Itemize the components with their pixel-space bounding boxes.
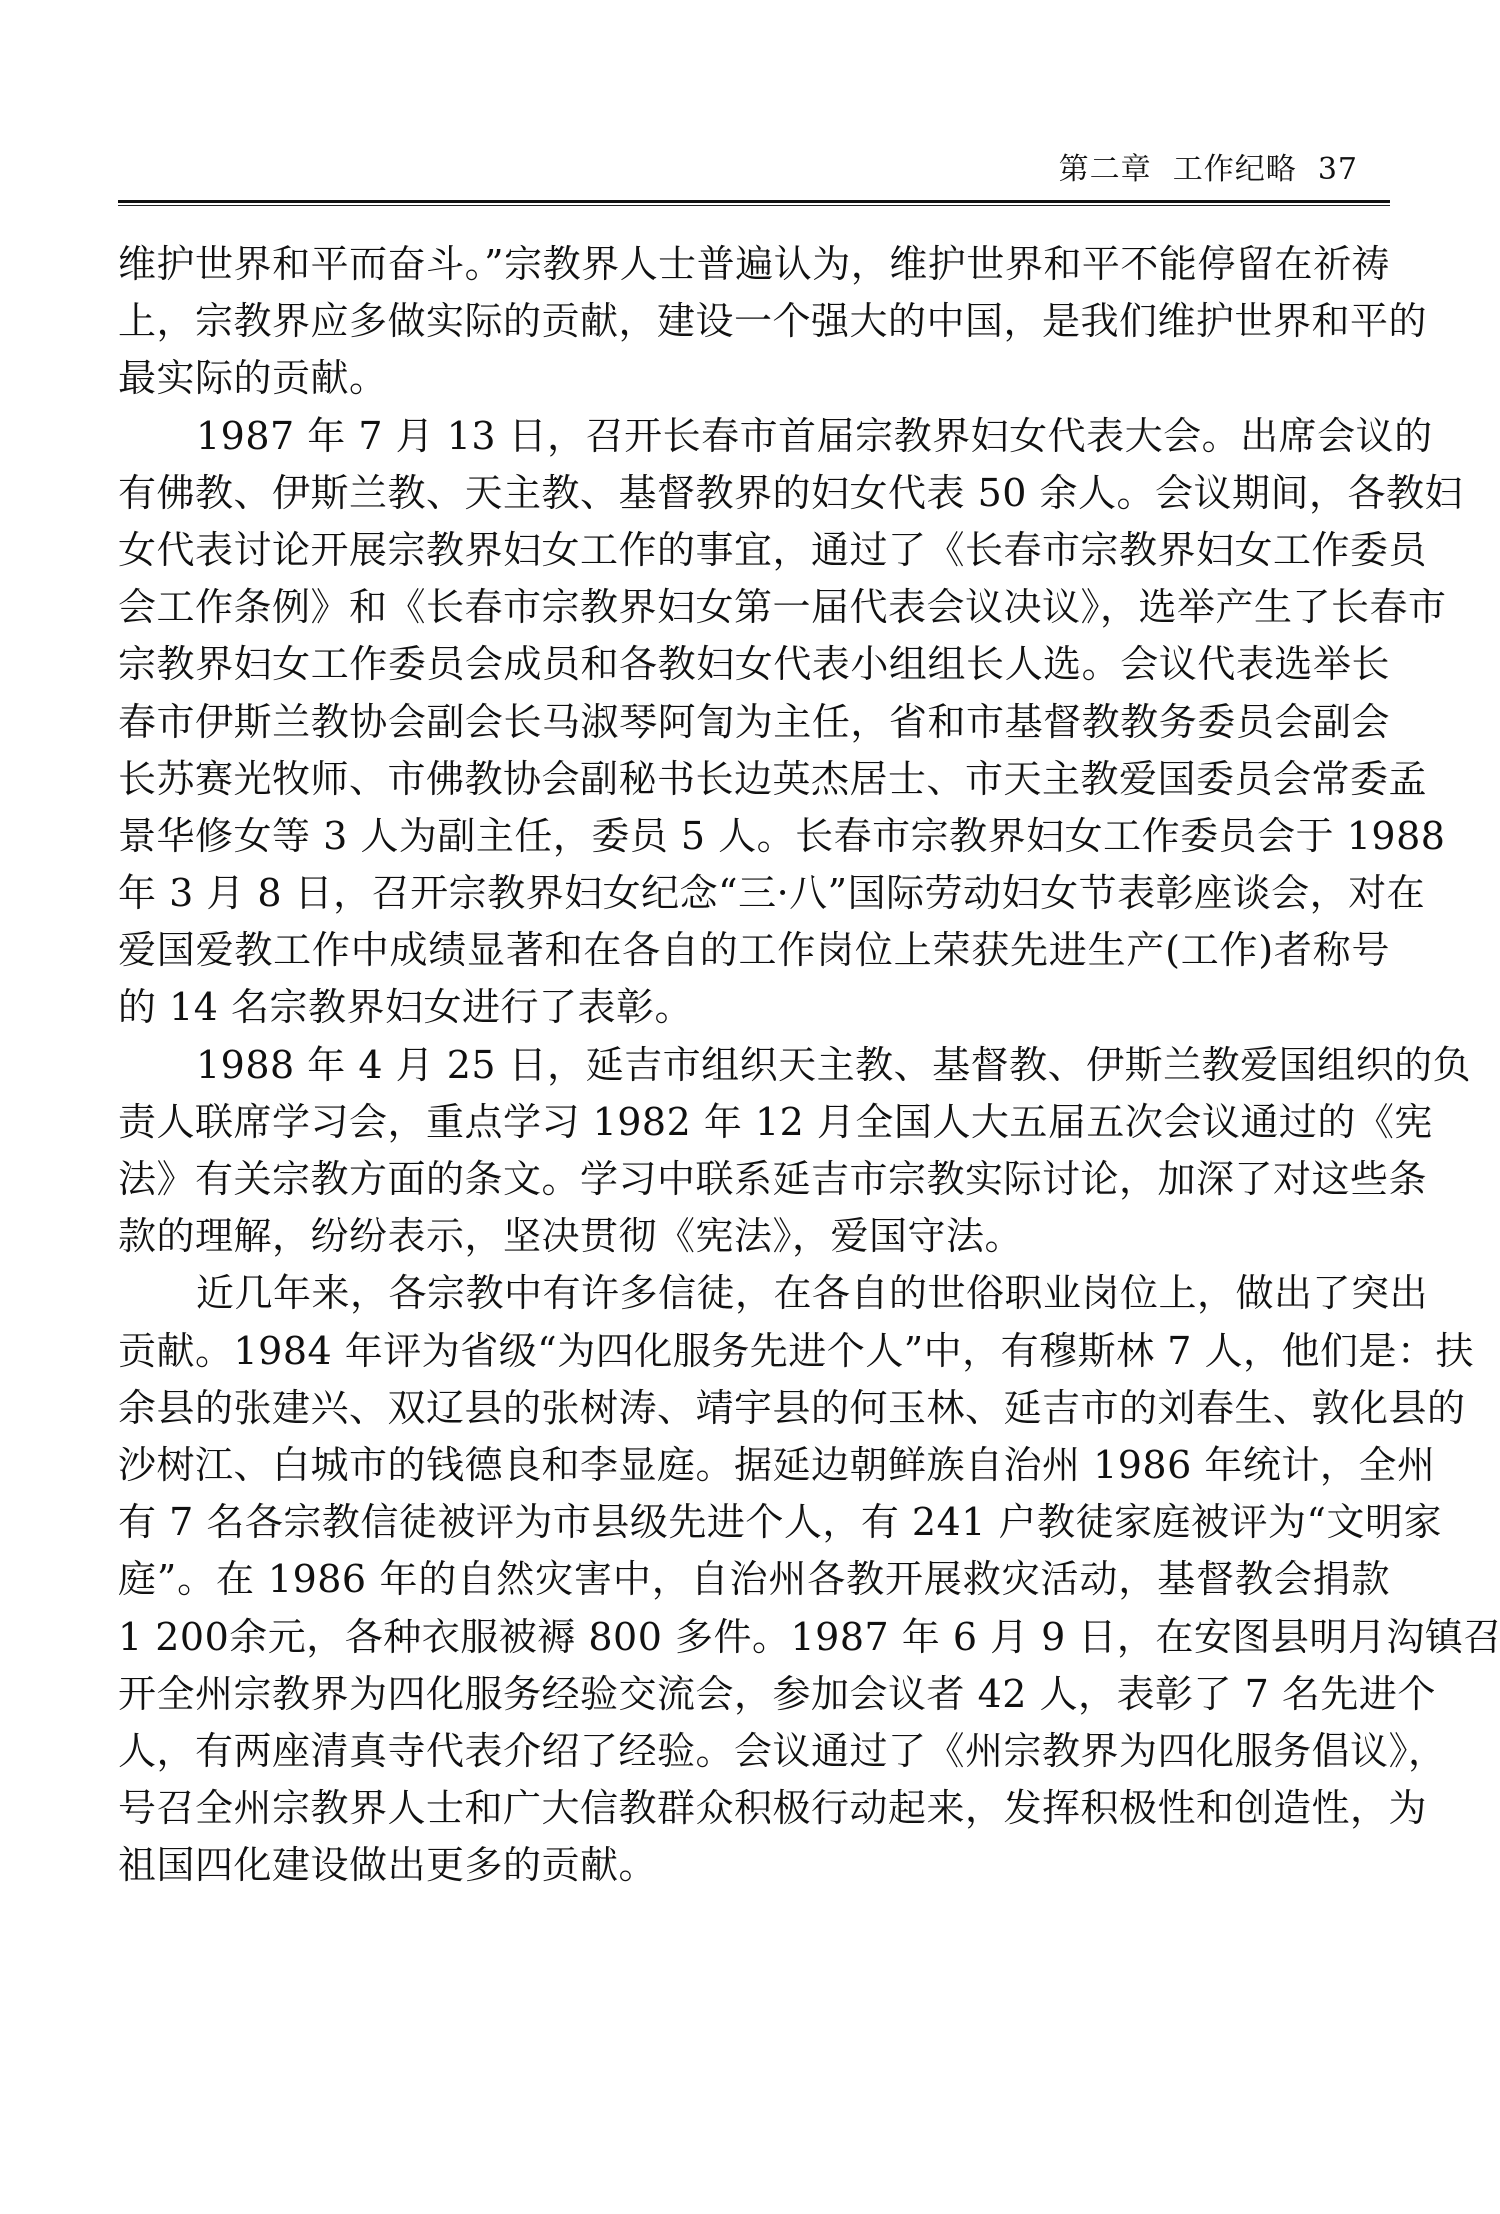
text-line: 有佛教、伊斯兰教、天主教、基督教界的妇女代表 50 余人。会议期间，各教妇	[118, 465, 1390, 522]
page-body: 维护世界和平而奋斗。”宗教界人士普遍认为，维护世界和平不能停留在祈祷 上，宗教界…	[118, 236, 1390, 1894]
paragraph: 1987 年 7 月 13 日，召开长春市首届宗教界妇女代表大会。出席会议的 有…	[118, 408, 1390, 1037]
running-header: 第二章 工作纪略 37	[118, 150, 1388, 194]
text-line: 爱国爱教工作中成绩显著和在各自的工作岗位上荣获先进生产(工作)者称号	[118, 922, 1390, 979]
text-line: 开全州宗教界为四化服务经验交流会，参加会议者 42 人，表彰了 7 名先进个	[118, 1666, 1390, 1723]
text-line: 女代表讨论开展宗教界妇女工作的事宜，通过了《长春市宗教界妇女工作委员	[118, 522, 1390, 579]
text-line: 余县的张建兴、双辽县的张树涛、靖宇县的何玉林、延吉市的刘春生、敦化县的	[118, 1380, 1390, 1437]
text-line: 号召全州宗教界人士和广大信教群众积极行动起来，发挥积极性和创造性，为	[118, 1780, 1390, 1837]
text-line: 庭”。在 1986 年的自然灾害中，自治州各教开展救灾活动，基督教会捐款	[118, 1551, 1390, 1608]
chapter-label: 第二章	[1059, 152, 1152, 187]
header-rule-thick	[118, 200, 1390, 203]
text-line: 款的理解，纷纷表示，坚决贯彻《宪法》，爱国守法。	[118, 1208, 1390, 1265]
text-line: 人，有两座清真寺代表介绍了经验。会议通过了《州宗教界为四化服务倡议》，	[118, 1723, 1390, 1780]
text-line: 年 3 月 8 日，召开宗教界妇女纪念“三·八”国际劳动妇女节表彰座谈会，对在	[118, 865, 1390, 922]
text-line: 最实际的贡献。	[118, 350, 1390, 407]
text-line: 上，宗教界应多做实际的贡献，建设一个强大的中国，是我们维护世界和平的	[118, 293, 1390, 350]
text-line: 法》有关宗教方面的条文。学习中联系延吉市宗教实际讨论，加深了对这些条	[118, 1151, 1390, 1208]
text-line: 春市伊斯兰教协会副会长马淑琴阿訇为主任，省和市基督教教务委员会副会	[118, 694, 1390, 751]
text-line: 1 200余元，各种衣服被褥 800 多件。1987 年 6 月 9 日，在安图…	[118, 1609, 1390, 1666]
text-line: 沙树江、白城市的钱德良和李显庭。据延边朝鲜族自治州 1986 年统计，全州	[118, 1437, 1390, 1494]
page-number: 37	[1318, 152, 1358, 187]
text-line: 近几年来，各宗教中有许多信徒，在各自的世俗职业岗位上，做出了突出	[118, 1265, 1390, 1322]
paragraph: 维护世界和平而奋斗。”宗教界人士普遍认为，维护世界和平不能停留在祈祷 上，宗教界…	[118, 236, 1390, 408]
text-line: 贡献。1984 年评为省级“为四化服务先进个人”中，有穆斯林 7 人，他们是：扶	[118, 1323, 1390, 1380]
text-line: 祖国四化建设做出更多的贡献。	[118, 1837, 1390, 1894]
text-line: 维护世界和平而奋斗。”宗教界人士普遍认为，维护世界和平不能停留在祈祷	[118, 236, 1390, 293]
text-line: 长苏赛光牧师、市佛教协会副秘书长边英杰居士、市天主教爱国委员会常委孟	[118, 751, 1390, 808]
text-line: 景华修女等 3 人为副主任，委员 5 人。长春市宗教界妇女工作委员会于 1988	[118, 808, 1390, 865]
text-line: 宗教界妇女工作委员会成员和各教妇女代表小组组长人选。会议代表选举长	[118, 636, 1390, 693]
text-line: 责人联席学习会，重点学习 1982 年 12 月全国人大五届五次会议通过的《宪	[118, 1094, 1390, 1151]
section-title: 工作纪略	[1173, 152, 1297, 187]
text-line: 会工作条例》和《长春市宗教界妇女第一届代表会议决议》，选举产生了长春市	[118, 579, 1390, 636]
paragraph: 1988 年 4 月 25 日，延吉市组织天主教、基督教、伊斯兰教爱国组织的负 …	[118, 1037, 1390, 1266]
header-text: 第二章 工作纪略 37	[1059, 150, 1358, 190]
header-rule-thin	[118, 205, 1390, 206]
text-line: 1987 年 7 月 13 日，召开长春市首届宗教界妇女代表大会。出席会议的	[118, 408, 1390, 465]
paragraph: 近几年来，各宗教中有许多信徒，在各自的世俗职业岗位上，做出了突出 贡献。1984…	[118, 1265, 1390, 1894]
text-line: 1988 年 4 月 25 日，延吉市组织天主教、基督教、伊斯兰教爱国组织的负	[118, 1037, 1390, 1094]
text-line: 有 7 名各宗教信徒被评为市县级先进个人，有 241 户教徒家庭被评为“文明家	[118, 1494, 1390, 1551]
text-line: 的 14 名宗教界妇女进行了表彰。	[118, 979, 1390, 1036]
